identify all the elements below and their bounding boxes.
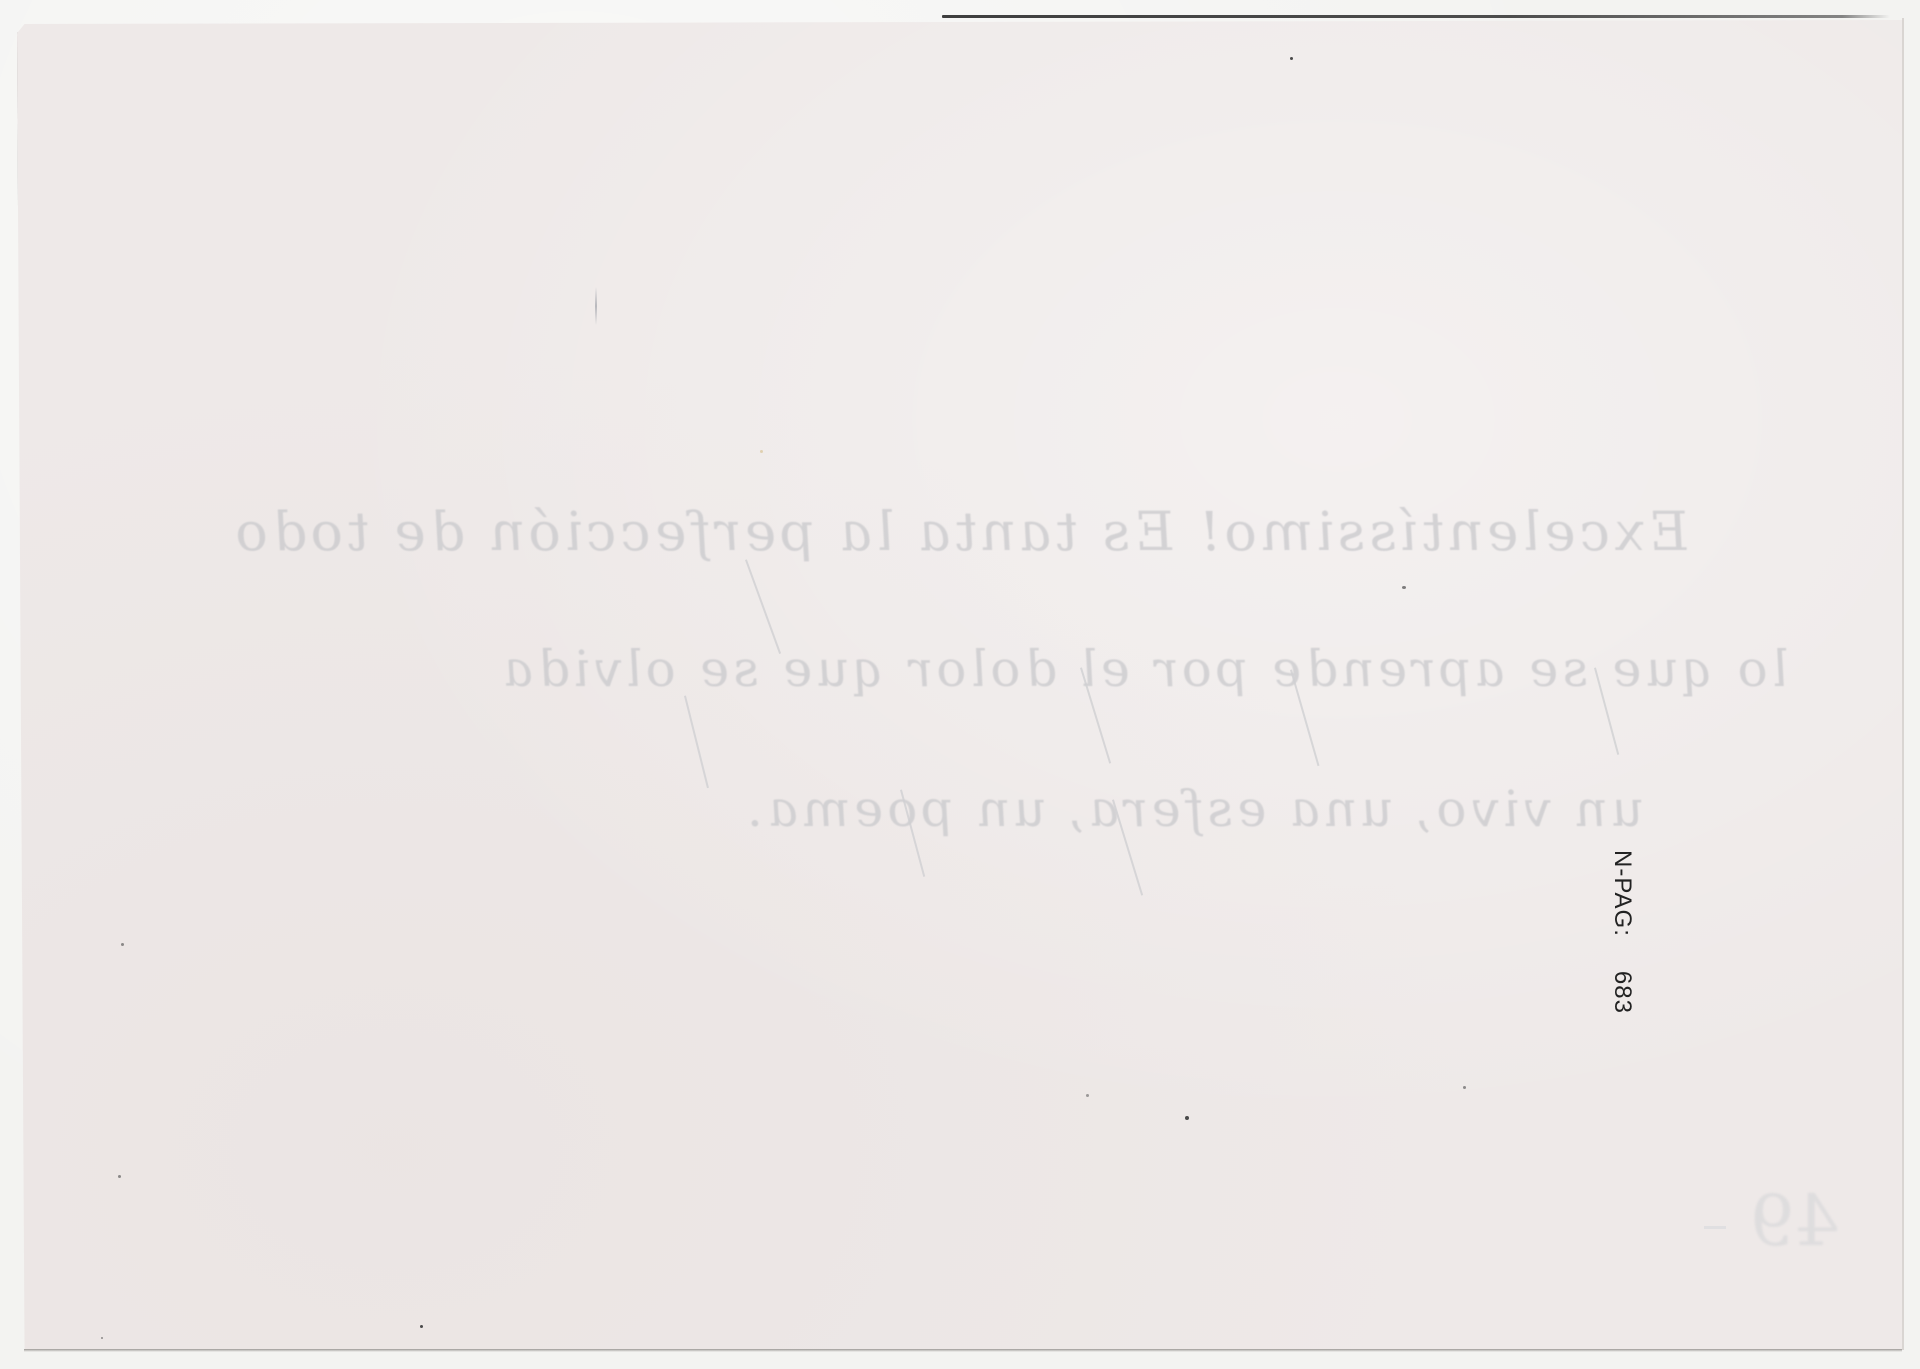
dust-speck [420,1325,423,1328]
paper-sheet [17,20,1903,1350]
page-number-stamp: N-PAG: 683 [1608,850,1636,1014]
dust-speck [1463,1086,1466,1089]
dust-speck [1290,57,1293,60]
paper-texture [17,20,1903,1350]
faint-vertical-mark [595,287,597,325]
dust-speck [1185,1116,1189,1120]
stamp-label: N-PAG: [1608,850,1636,937]
paper-bottom-shadow [24,1349,1902,1352]
paper-right-edge [1902,18,1904,1350]
dust-speck [1402,586,1406,589]
stamp-number: 683 [1608,971,1636,1014]
dust-speck [1086,1094,1089,1097]
scan-edge-shadow-line [942,15,1890,18]
dust-speck [118,1175,121,1178]
pencil-dash [1704,1226,1726,1229]
dust-speck [760,450,763,453]
dust-speck [101,1337,103,1339]
pencil-annotation: 49 [1750,1180,1839,1262]
dust-speck [121,943,124,946]
